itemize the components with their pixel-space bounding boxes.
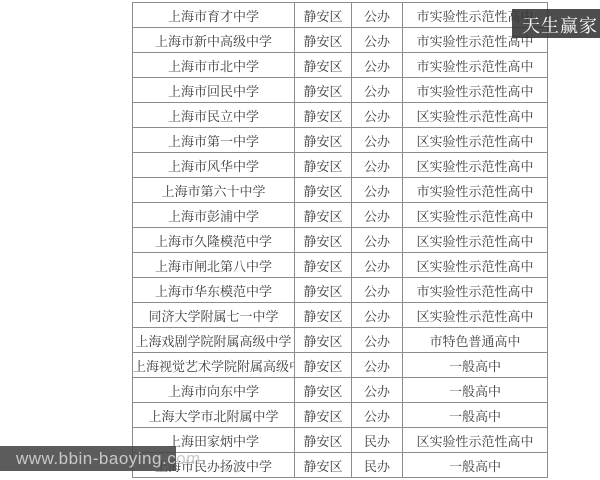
district-cell: 静安区 <box>295 128 352 153</box>
school-cell: 上海大学市北附属中学 <box>133 403 295 428</box>
ownership-cell: 民办 <box>352 428 403 453</box>
school-table: 上海市育才中学静安区公办市实验性示范性高中上海市新中高级中学静安区公办市实验性示… <box>132 2 548 478</box>
ownership-cell: 公办 <box>352 78 403 103</box>
district-cell: 静安区 <box>295 328 352 353</box>
ownership-cell: 公办 <box>352 303 403 328</box>
school-cell: 上海市市北中学 <box>133 53 295 78</box>
table-row: 上海大学市北附属中学静安区公办一般高中 <box>133 403 548 428</box>
table-row: 上海市久隆模范中学静安区公办区实验性示范性高中 <box>133 228 548 253</box>
category-cell: 区实验性示范性高中 <box>403 253 548 278</box>
table-row: 上海市第六十中学静安区公办市实验性示范性高中 <box>133 178 548 203</box>
category-cell: 区实验性示范性高中 <box>403 203 548 228</box>
category-cell: 区实验性示范性高中 <box>403 228 548 253</box>
ownership-cell: 公办 <box>352 278 403 303</box>
school-cell: 上海市新中高级中学 <box>133 28 295 53</box>
school-cell: 上海戏剧学院附属高级中学 <box>133 328 295 353</box>
table-row: 上海市风华中学静安区公办区实验性示范性高中 <box>133 153 548 178</box>
district-cell: 静安区 <box>295 203 352 228</box>
table-row: 上海市民立中学静安区公办区实验性示范性高中 <box>133 103 548 128</box>
table-row: 上海市华东模范中学静安区公办市实验性示范性高中 <box>133 278 548 303</box>
category-cell: 区实验性示范性高中 <box>403 428 548 453</box>
ownership-cell: 公办 <box>352 253 403 278</box>
watermark-bottom-left: www.bbin-baoying.com <box>0 446 176 471</box>
district-cell: 静安区 <box>295 53 352 78</box>
school-cell: 上海市第六十中学 <box>133 178 295 203</box>
category-cell: 市特色普通高中 <box>403 328 548 353</box>
ownership-cell: 公办 <box>352 378 403 403</box>
district-cell: 静安区 <box>295 353 352 378</box>
ownership-cell: 公办 <box>352 403 403 428</box>
table-row: 上海戏剧学院附属高级中学静安区公办市特色普通高中 <box>133 328 548 353</box>
ownership-cell: 公办 <box>352 153 403 178</box>
category-cell: 市实验性示范性高中 <box>403 53 548 78</box>
ownership-cell: 公办 <box>352 53 403 78</box>
ownership-cell: 公办 <box>352 178 403 203</box>
ownership-cell: 公办 <box>352 3 403 28</box>
category-cell: 市实验性示范性高中 <box>403 78 548 103</box>
category-cell: 区实验性示范性高中 <box>403 303 548 328</box>
district-cell: 静安区 <box>295 303 352 328</box>
table-row: 上海市回民中学静安区公办市实验性示范性高中 <box>133 78 548 103</box>
category-cell: 区实验性示范性高中 <box>403 103 548 128</box>
page: 上海市育才中学静安区公办市实验性示范性高中上海市新中高级中学静安区公办市实验性示… <box>0 0 600 480</box>
school-cell: 上海市第一中学 <box>133 128 295 153</box>
table-row: 上海视觉艺术学院附属高级中学静安区公办一般高中 <box>133 353 548 378</box>
school-cell: 上海视觉艺术学院附属高级中学 <box>133 353 295 378</box>
district-cell: 静安区 <box>295 278 352 303</box>
district-cell: 静安区 <box>295 253 352 278</box>
school-cell: 上海市民立中学 <box>133 103 295 128</box>
table-row: 上海市第一中学静安区公办区实验性示范性高中 <box>133 128 548 153</box>
district-cell: 静安区 <box>295 3 352 28</box>
category-cell: 一般高中 <box>403 378 548 403</box>
school-cell: 同济大学附属七一中学 <box>133 303 295 328</box>
school-table-body: 上海市育才中学静安区公办市实验性示范性高中上海市新中高级中学静安区公办市实验性示… <box>133 3 548 478</box>
school-cell: 上海市闸北第八中学 <box>133 253 295 278</box>
school-cell: 上海市回民中学 <box>133 78 295 103</box>
ownership-cell: 公办 <box>352 128 403 153</box>
district-cell: 静安区 <box>295 153 352 178</box>
ownership-cell: 公办 <box>352 203 403 228</box>
ownership-cell: 民办 <box>352 453 403 478</box>
district-cell: 静安区 <box>295 178 352 203</box>
school-cell: 上海市向东中学 <box>133 378 295 403</box>
table-row: 同济大学附属七一中学静安区公办区实验性示范性高中 <box>133 303 548 328</box>
district-cell: 静安区 <box>295 428 352 453</box>
district-cell: 静安区 <box>295 403 352 428</box>
table-row: 上海市闸北第八中学静安区公办区实验性示范性高中 <box>133 253 548 278</box>
district-cell: 静安区 <box>295 453 352 478</box>
district-cell: 静安区 <box>295 103 352 128</box>
school-cell: 上海市风华中学 <box>133 153 295 178</box>
category-cell: 市实验性示范性高中 <box>403 278 548 303</box>
district-cell: 静安区 <box>295 378 352 403</box>
ownership-cell: 公办 <box>352 103 403 128</box>
ownership-cell: 公办 <box>352 28 403 53</box>
table-row: 上海市向东中学静安区公办一般高中 <box>133 378 548 403</box>
ownership-cell: 公办 <box>352 328 403 353</box>
category-cell: 区实验性示范性高中 <box>403 128 548 153</box>
school-cell: 上海市久隆模范中学 <box>133 228 295 253</box>
school-cell: 上海市育才中学 <box>133 3 295 28</box>
category-cell: 市实验性示范性高中 <box>403 178 548 203</box>
table-row: 上海市育才中学静安区公办市实验性示范性高中 <box>133 3 548 28</box>
ownership-cell: 公办 <box>352 353 403 378</box>
table-row: 上海市市北中学静安区公办市实验性示范性高中 <box>133 53 548 78</box>
category-cell: 一般高中 <box>403 453 548 478</box>
category-cell: 一般高中 <box>403 353 548 378</box>
district-cell: 静安区 <box>295 228 352 253</box>
watermark-top-right: 天生赢家 <box>512 9 600 38</box>
district-cell: 静安区 <box>295 28 352 53</box>
watermark-url-text: www.bbin-baoying.com <box>0 446 201 471</box>
district-cell: 静安区 <box>295 78 352 103</box>
category-cell: 一般高中 <box>403 403 548 428</box>
ownership-cell: 公办 <box>352 228 403 253</box>
school-cell: 上海市彭浦中学 <box>133 203 295 228</box>
category-cell: 区实验性示范性高中 <box>403 153 548 178</box>
table-row: 上海市彭浦中学静安区公办区实验性示范性高中 <box>133 203 548 228</box>
school-cell: 上海市华东模范中学 <box>133 278 295 303</box>
table-row: 上海市新中高级中学静安区公办市实验性示范性高中 <box>133 28 548 53</box>
